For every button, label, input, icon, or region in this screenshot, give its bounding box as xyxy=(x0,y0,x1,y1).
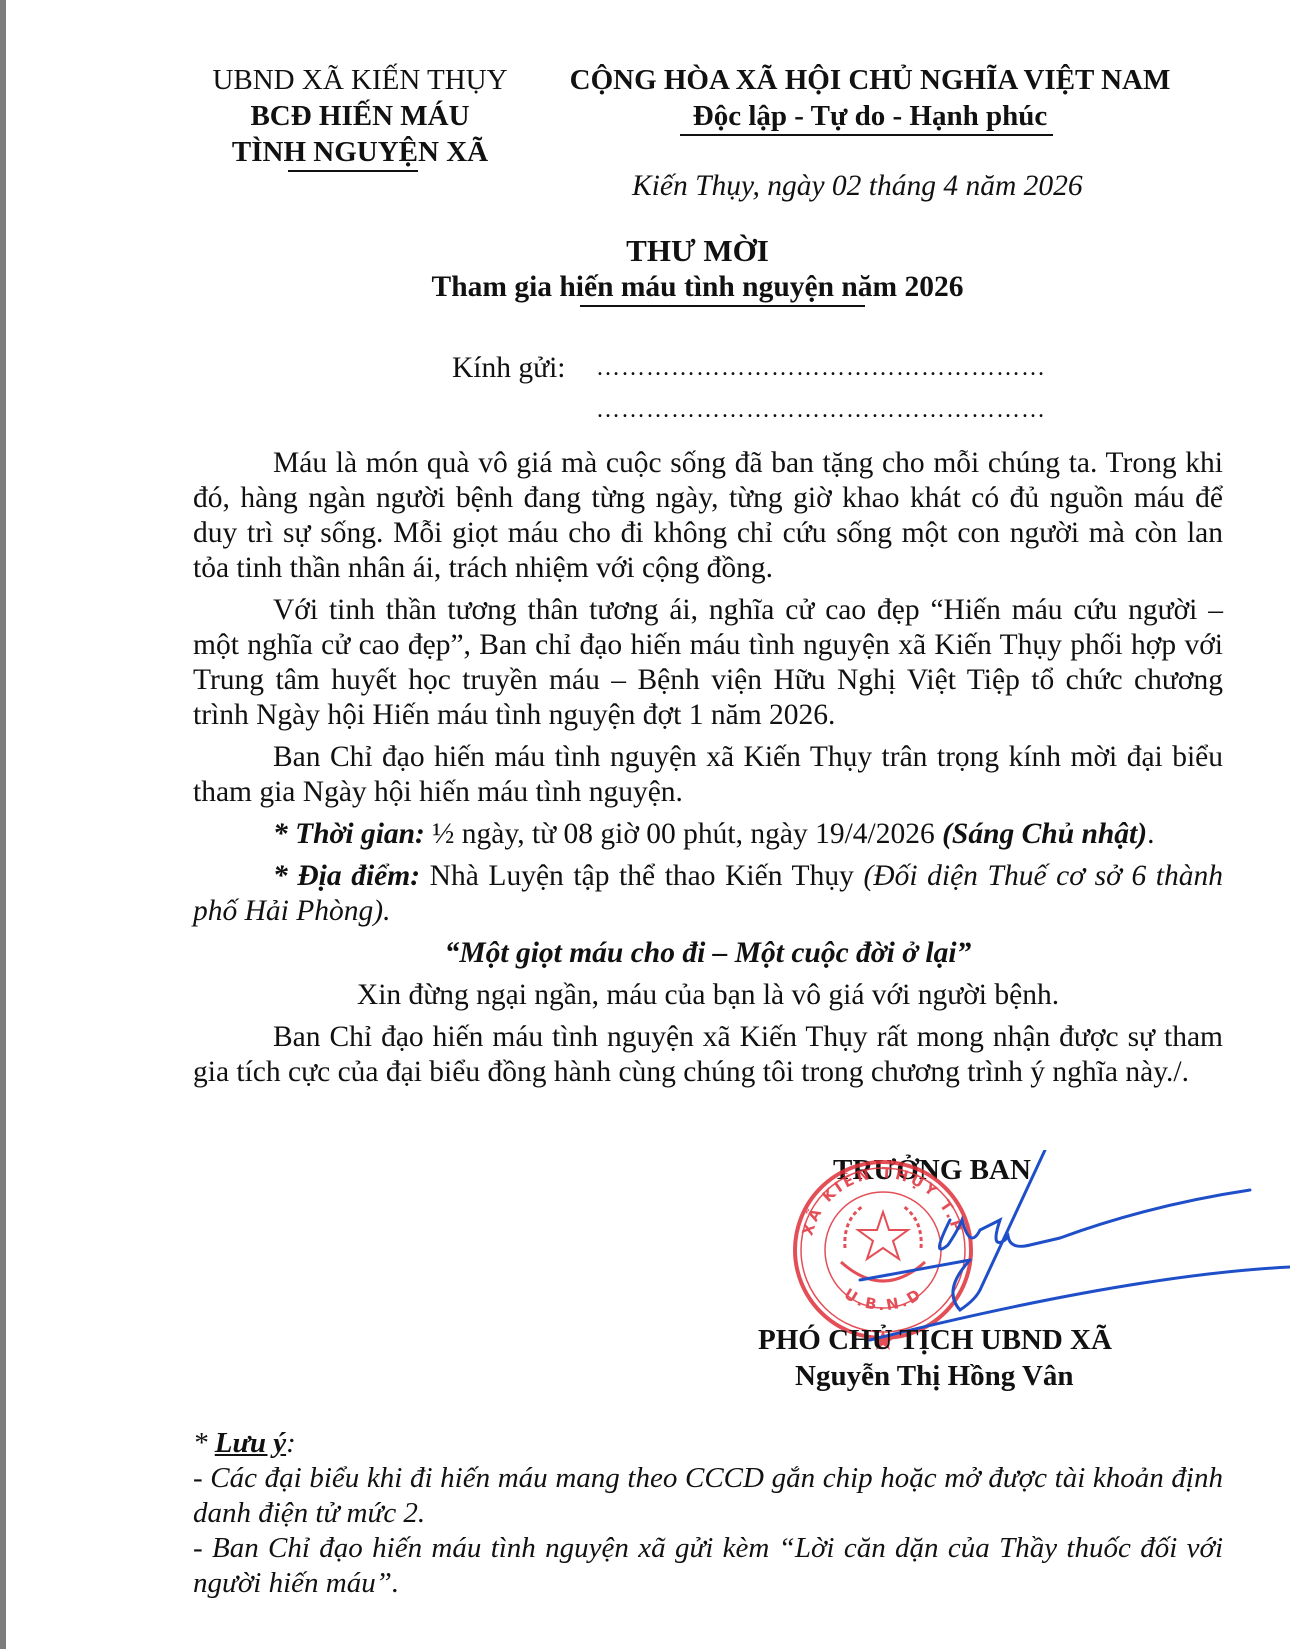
paragraph-closing: Ban Chỉ đạo hiến máu tình nguyện xã Kiến… xyxy=(193,1020,1223,1090)
document-title: THƯ MỜI xyxy=(0,233,1290,269)
appeal: Xin đừng ngại ngần, máu của bạn là vô gi… xyxy=(193,978,1223,1013)
paragraph-intro: Máu là món quà vô giá mà cuộc sống đã ba… xyxy=(193,446,1223,586)
notes-heading-suffix: : xyxy=(286,1427,296,1459)
notes-heading: * Lưu ý: xyxy=(193,1426,1223,1461)
note-item: - Các đại biểu khi đi hiến máu mang theo… xyxy=(193,1461,1223,1531)
issuer-line-2: BCĐ HIẾN MÁU xyxy=(205,98,515,134)
notes-heading-text: Lưu ý xyxy=(215,1427,286,1459)
letter-body: Máu là món quà vô giá mà cuộc sống đã ba… xyxy=(193,446,1223,1097)
slogan: “Một giọt máu cho đi – Một cuộc đời ở lạ… xyxy=(193,936,1223,971)
handwritten-signature-icon xyxy=(830,1150,1290,1350)
time-end: . xyxy=(1147,818,1154,850)
note-item: - Ban Chỉ đạo hiến máu tình nguyện xã gử… xyxy=(193,1531,1223,1601)
recipient-line-2: ……………………………………………… xyxy=(596,392,1046,428)
place-label: * Địa điểm: xyxy=(273,860,420,892)
issuer-underline xyxy=(288,170,418,172)
recipient-label: Kính gửi: xyxy=(452,350,566,386)
signer-position: PHÓ CHỦ TỊCH UBND XÃ xyxy=(758,1322,1112,1358)
national-motto-block: CỘNG HÒA XÃ HỘI CHỦ NGHĨA VIỆT NAM Độc l… xyxy=(560,62,1180,134)
issuer-line-3: TÌNH NGUYỆN XÃ xyxy=(205,134,515,170)
issuer-line-1: UBND XÃ KIẾN THỤY xyxy=(205,62,515,98)
notes-heading-prefix: * xyxy=(193,1427,215,1459)
national-motto: Độc lập - Tự do - Hạnh phúc xyxy=(560,98,1180,134)
document-subtitle: Tham gia hiến máu tình nguyện năm 2026 xyxy=(0,269,1290,305)
notes-section: * Lưu ý: - Các đại biểu khi đi hiến máu … xyxy=(193,1426,1223,1601)
paragraph-organizer: Với tinh thần tương thân tương ái, nghĩa… xyxy=(193,593,1223,733)
motto-underline xyxy=(680,134,1053,136)
place-value: Nhà Luyện tập thể thao Kiến Thụy xyxy=(420,860,863,892)
recipient-line-1: ……………………………………………… xyxy=(596,350,1046,386)
subtitle-underline xyxy=(580,305,865,307)
national-name: CỘNG HÒA XÃ HỘI CHỦ NGHĨA VIỆT NAM xyxy=(560,62,1180,98)
time-note: (Sáng Chủ nhật) xyxy=(942,818,1147,850)
signer-name: Nguyễn Thị Hồng Vân xyxy=(795,1358,1074,1394)
event-place: * Địa điểm: Nhà Luyện tập thể thao Kiến … xyxy=(193,859,1223,929)
time-label: * Thời gian: xyxy=(273,818,425,850)
date-line: Kiến Thụy, ngày 02 tháng 4 năm 2026 xyxy=(632,168,1083,204)
paragraph-invitation: Ban Chỉ đạo hiến máu tình nguyện xã Kiến… xyxy=(193,740,1223,810)
time-value: ½ ngày, từ 08 giờ 00 phút, ngày 19/4/202… xyxy=(425,818,942,850)
event-time: * Thời gian: ½ ngày, từ 08 giờ 00 phút, … xyxy=(193,817,1223,852)
issuer-block: UBND XÃ KIẾN THỤY BCĐ HIẾN MÁU TÌNH NGUY… xyxy=(205,62,515,170)
